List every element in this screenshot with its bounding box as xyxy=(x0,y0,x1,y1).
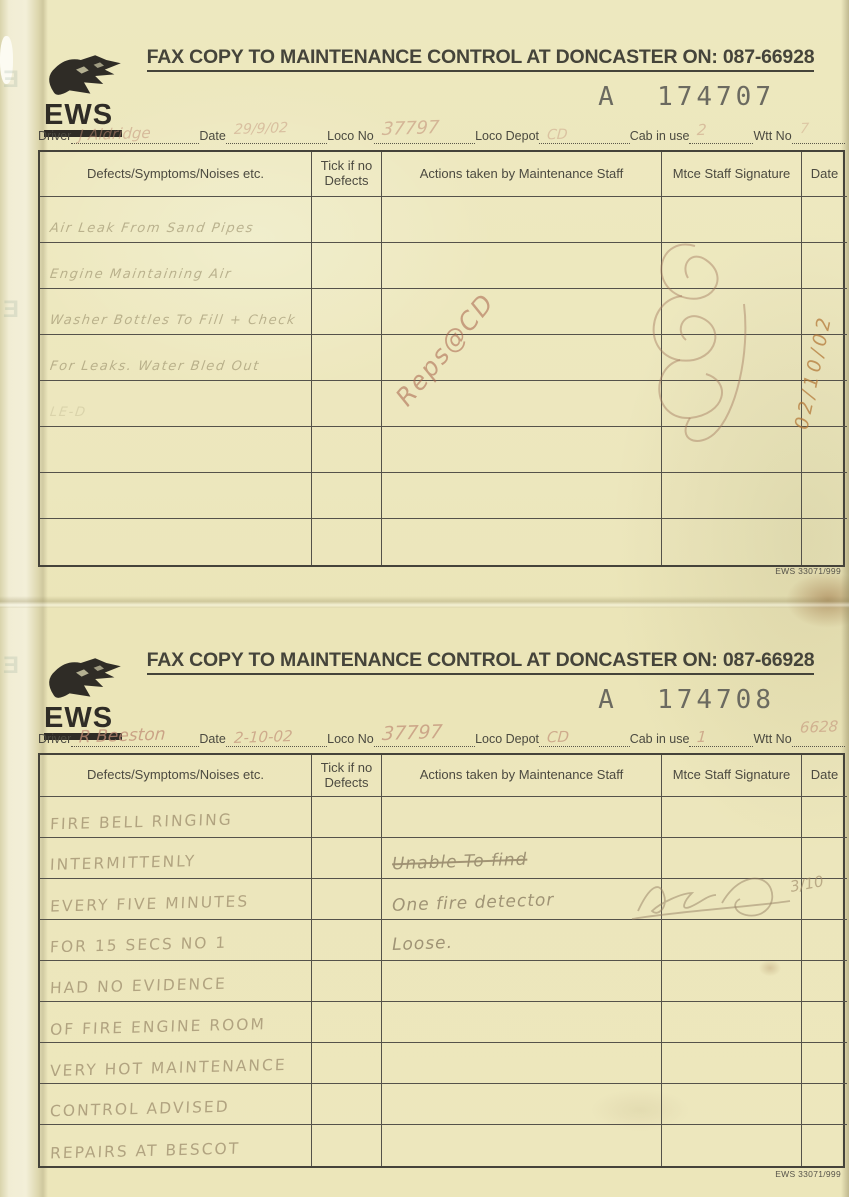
wtt-no-value: 7 xyxy=(799,121,809,137)
signature-cell xyxy=(662,1043,802,1084)
action-cell xyxy=(382,797,662,838)
defect-cell xyxy=(40,473,312,519)
action-entry: One fire detector xyxy=(392,890,555,916)
scanned-page: E E E EWS FAX COPY TO MAINTENANCE CONTRO… xyxy=(0,0,849,1197)
defect-entry: INTERMITTENLY xyxy=(50,852,197,874)
defect-entry: Washer Bottles To Fill + Check xyxy=(49,313,297,328)
tick-cell xyxy=(312,381,382,427)
serial-number: A 174707 xyxy=(598,82,775,112)
showthrough-mark: E xyxy=(3,66,19,94)
defect-cell: LE-D xyxy=(40,381,312,427)
header-fields: Driver R Beeston Date 2-10-02 Loco No 37… xyxy=(38,731,845,747)
col-header-date: Date xyxy=(802,152,847,197)
cab-in-use-value: 2 xyxy=(697,121,708,139)
cab-in-use-label: Cab in use xyxy=(630,129,690,144)
action-cell: Unable To find xyxy=(382,838,662,879)
driver-label: Driver xyxy=(38,732,71,747)
signature-cell xyxy=(662,1125,802,1166)
loco-no-field: 37797 xyxy=(374,128,475,144)
action-cell xyxy=(382,1084,662,1125)
defect-entry: LE-D xyxy=(49,405,88,420)
form-title: FAX COPY TO MAINTENANCE CONTROL AT DONCA… xyxy=(147,46,815,72)
cab-in-use-field: 2 xyxy=(689,128,753,144)
date-cell xyxy=(802,197,847,243)
date-cell xyxy=(802,1084,847,1125)
action-cell xyxy=(382,961,662,1002)
loco-no-label: Loco No xyxy=(327,732,374,747)
tick-cell xyxy=(312,473,382,519)
defects-table: Defects/Symptoms/Noises etc. Tick if no … xyxy=(38,753,845,1168)
defect-entry: FOR 15 SECS NO 1 xyxy=(50,934,228,957)
defect-entry: HAD NO EVIDENCE xyxy=(50,975,227,998)
action-cell xyxy=(382,197,662,243)
loco-no-value: 37797 xyxy=(381,117,440,140)
date-cell xyxy=(802,1125,847,1166)
defect-entry: FIRE BELL RINGING xyxy=(50,811,233,834)
signature-cell xyxy=(662,473,802,519)
sheet-code: EWS 33071/999 xyxy=(775,1169,841,1179)
loco-depot-value: CD xyxy=(546,728,569,747)
defect-entry: Engine Maintaining Air xyxy=(49,267,233,282)
action-cell: Loose. xyxy=(382,920,662,961)
date-cell xyxy=(802,797,847,838)
tick-cell xyxy=(312,289,382,335)
defect-entry: CONTROL ADVISED xyxy=(50,1098,230,1121)
action-cell xyxy=(382,1125,662,1166)
defect-cell: OF FIRE ENGINE ROOM xyxy=(40,1002,312,1043)
tick-cell xyxy=(312,243,382,289)
date-cell xyxy=(802,1002,847,1043)
tick-cell xyxy=(312,1002,382,1043)
defect-cell: REPAIRS AT BESCOT xyxy=(40,1125,312,1166)
driver-field: J Aldridge xyxy=(71,128,199,144)
defect-cell: FOR 15 SECS NO 1 xyxy=(40,920,312,961)
col-header-actions: Actions taken by Maintenance Staff xyxy=(382,755,662,797)
loco-depot-value: CD xyxy=(546,127,568,144)
sheet-overlap-edge xyxy=(0,596,849,608)
defect-entry: OF FIRE ENGINE ROOM xyxy=(50,1015,267,1039)
date-cell xyxy=(802,1043,847,1084)
loco-depot-label: Loco Depot xyxy=(475,129,539,144)
signature-cell xyxy=(662,519,802,565)
loco-depot-field: CD xyxy=(539,128,630,144)
action-cell xyxy=(382,1043,662,1084)
wtt-no-field: 6628 xyxy=(792,731,845,747)
cab-in-use-value: 1 xyxy=(697,728,708,746)
driver-field: R Beeston xyxy=(71,731,199,747)
tick-cell xyxy=(312,920,382,961)
action-cell xyxy=(382,243,662,289)
defect-cell: For Leaks. Water Bled Out xyxy=(40,335,312,381)
date-cell xyxy=(802,519,847,565)
date-field: 2-10-02 xyxy=(226,731,327,747)
sheet-code: EWS 33071/999 xyxy=(775,566,841,576)
tick-cell xyxy=(312,1043,382,1084)
defect-cell: Engine Maintaining Air xyxy=(40,243,312,289)
signature-cell xyxy=(662,1002,802,1043)
action-cell: One fire detector xyxy=(382,879,662,920)
defect-entry: REPAIRS AT BESCOT xyxy=(50,1139,241,1162)
showthrough-mark: E xyxy=(3,296,19,324)
defect-entry: EVERY FIVE MINUTES xyxy=(50,892,250,915)
col-header-signature: Mtce Staff Signature xyxy=(662,755,802,797)
date-cell xyxy=(802,961,847,1002)
loco-no-label: Loco No xyxy=(327,129,374,144)
date-value: 2-10-02 xyxy=(233,727,293,747)
col-header-signature: Mtce Staff Signature xyxy=(662,152,802,197)
defect-cell: Air Leak From Sand Pipes xyxy=(40,197,312,243)
tick-cell xyxy=(312,519,382,565)
date-cell xyxy=(802,920,847,961)
date-label: Date xyxy=(199,129,225,144)
action-entry: Unable To find xyxy=(392,850,528,875)
action-entry: Loose. xyxy=(392,933,454,955)
defect-cell: CONTROL ADVISED xyxy=(40,1084,312,1125)
col-header-date: Date xyxy=(802,755,847,797)
loco-depot-field: CD xyxy=(539,731,630,747)
defect-cell xyxy=(40,427,312,473)
tick-cell xyxy=(312,427,382,473)
col-header-tick: Tick if no Defects xyxy=(312,755,382,797)
col-header-actions: Actions taken by Maintenance Staff xyxy=(382,152,662,197)
serial-number: A 174708 xyxy=(598,685,775,715)
tick-cell xyxy=(312,879,382,920)
tick-cell xyxy=(312,961,382,1002)
defect-cell: VERY HOT MAINTENANCE xyxy=(40,1043,312,1084)
signature-cell xyxy=(662,961,802,1002)
date-label: Date xyxy=(199,732,225,747)
showthrough-mark: E xyxy=(3,652,19,680)
fax-form-top: EWS FAX COPY TO MAINTENANCE CONTROL AT D… xyxy=(38,42,845,590)
defect-cell: HAD NO EVIDENCE xyxy=(40,961,312,1002)
defect-entry: VERY HOT MAINTENANCE xyxy=(50,1056,287,1080)
loco-no-value: 37797 xyxy=(381,721,443,745)
tick-cell xyxy=(312,838,382,879)
fax-form-bottom: EWS FAX COPY TO MAINTENANCE CONTROL AT D… xyxy=(38,645,845,1193)
action-cell xyxy=(382,1002,662,1043)
date-value: 29/9/02 xyxy=(233,120,288,138)
wtt-no-field: 7 xyxy=(792,128,845,144)
signature-cell xyxy=(662,797,802,838)
tick-cell xyxy=(312,197,382,243)
wtt-no-value: 6628 xyxy=(799,717,838,736)
defect-cell xyxy=(40,519,312,565)
form-title: FAX COPY TO MAINTENANCE CONTROL AT DONCA… xyxy=(147,649,815,675)
signature-cell xyxy=(662,1084,802,1125)
cab-in-use-label: Cab in use xyxy=(630,732,690,747)
tick-cell xyxy=(312,335,382,381)
col-header-tick: Tick if no Defects xyxy=(312,152,382,197)
defect-cell: FIRE BELL RINGING xyxy=(40,797,312,838)
tick-cell xyxy=(312,1125,382,1166)
mtce-signature-scribble xyxy=(630,867,795,932)
date-field: 29/9/02 xyxy=(226,128,327,144)
driver-value: R Beeston xyxy=(79,724,167,747)
header-fields: Driver J Aldridge Date 29/9/02 Loco No 3… xyxy=(38,128,845,144)
defect-cell: INTERMITTENLY xyxy=(40,838,312,879)
col-header-defects: Defects/Symptoms/Noises etc. xyxy=(40,152,312,197)
defect-cell: EVERY FIVE MINUTES xyxy=(40,879,312,920)
driver-label: Driver xyxy=(38,129,71,144)
defect-cell: Washer Bottles To Fill + Check xyxy=(40,289,312,335)
tick-cell xyxy=(312,797,382,838)
date-cell xyxy=(802,427,847,473)
loco-no-field: 37797 xyxy=(374,731,475,747)
action-cell xyxy=(382,473,662,519)
col-header-defects: Defects/Symptoms/Noises etc. xyxy=(40,755,312,797)
tick-cell xyxy=(312,1084,382,1125)
date-cell xyxy=(802,473,847,519)
date-cell xyxy=(802,838,847,879)
defect-entry: For Leaks. Water Bled Out xyxy=(49,359,261,374)
wtt-no-label: Wtt No xyxy=(753,129,791,144)
defect-entry: Air Leak From Sand Pipes xyxy=(49,221,255,236)
driver-value: J Aldridge xyxy=(79,124,152,145)
mtce-signature-scribble xyxy=(640,234,770,454)
action-cell xyxy=(382,427,662,473)
action-cell xyxy=(382,519,662,565)
loco-depot-label: Loco Depot xyxy=(475,732,539,747)
wtt-no-label: Wtt No xyxy=(753,732,791,747)
action-cell xyxy=(382,289,662,335)
cab-in-use-field: 1 xyxy=(689,731,753,747)
